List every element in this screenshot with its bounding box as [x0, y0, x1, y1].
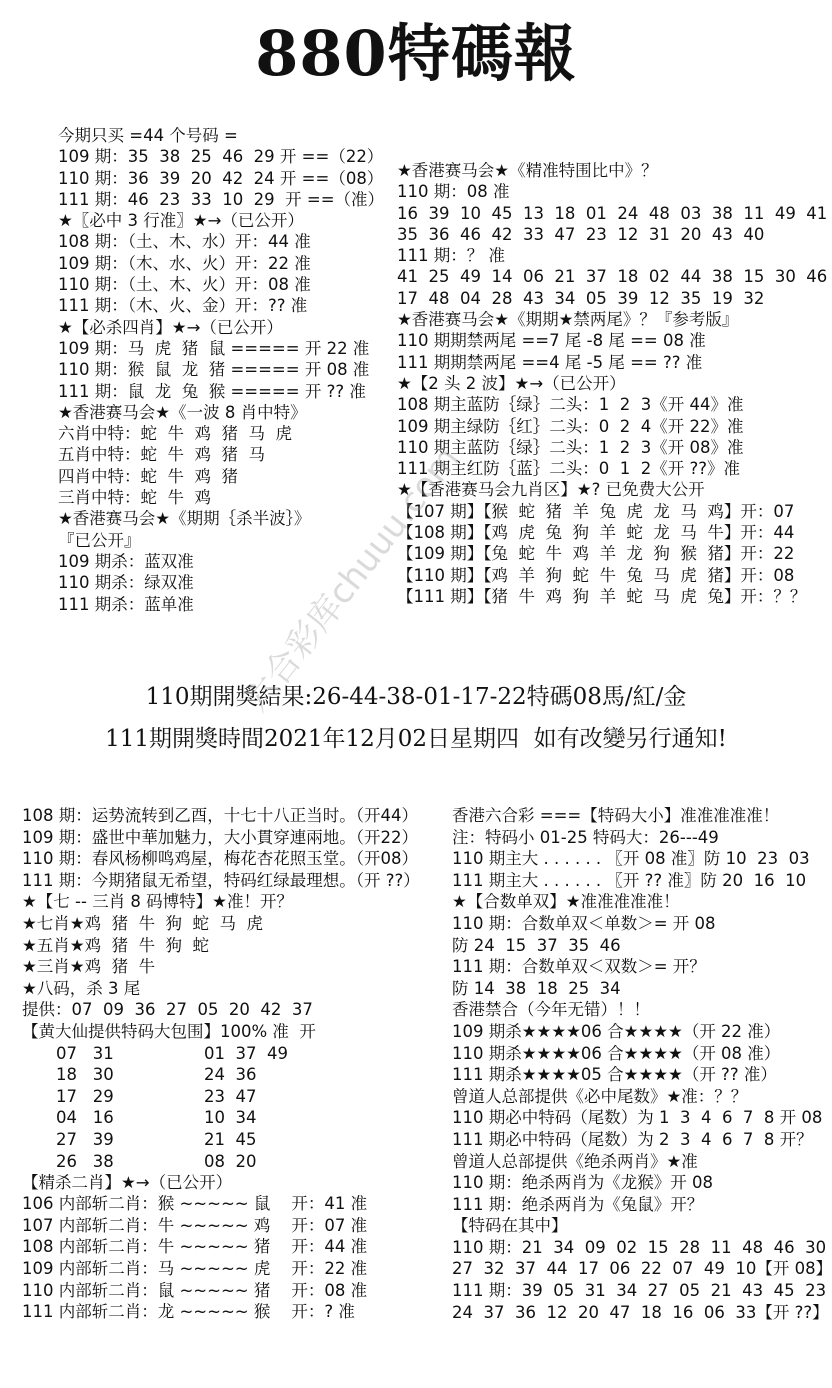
text-line: 111 期主大 . . . . . . 〖开 ?? 准〗防 20 16 10 — [452, 870, 832, 892]
text-line: ★香港赛马会★《一波 8 肖中特》 — [58, 402, 384, 423]
text-line: 【107 期】【猴 蛇 猪 羊 兔 虎 龙 马 鸡】开：07 — [397, 501, 827, 522]
grid-cell: 27 39 — [56, 1129, 114, 1151]
draw-result-announcement: 110期開獎結果:26-44-38-01-17-22特碼08馬/紅/金 — [0, 682, 832, 712]
text-line: 111 期主红防｛蓝｝二头：0 1 2《开 ??》准 — [397, 458, 827, 479]
grid-cell: 24 36 — [204, 1064, 288, 1086]
text-line: 111 期必中特码（尾数）为 2 3 4 6 7 8 开？ — [452, 1129, 832, 1151]
text-line: 108 期：运势流转到乙酉，十七十八正当时。（开44） — [22, 805, 420, 827]
text-line: ★五肖★鸡 猪 牛 狗 蛇 — [22, 935, 420, 957]
text-line: 防 14 38 18 25 34 — [452, 978, 832, 1000]
text-line: 【109 期】【兔 蛇 牛 鸡 羊 龙 狗 猴 猪】开：22 — [397, 543, 827, 564]
text-line: 【黄大仙提供特码大包围】100% 准 开 — [22, 1021, 420, 1043]
text-line: 香港禁合（今年无错）！！ — [452, 999, 832, 1021]
text-line: 【精杀二肖】★→（已公开） — [22, 1172, 420, 1194]
grid-cell: 04 16 — [56, 1107, 114, 1129]
text-line: 110 期：春风杨柳鸣鸡屋，梅花杏花照玉堂。（开08） — [22, 848, 420, 870]
text-line: 110 期：绝杀两肖为《龙猴》开 08 — [452, 1172, 832, 1194]
page-title: 880特碼報 — [0, 14, 832, 94]
text-line: 110 期：（土、木、火）开：08 准 — [58, 274, 384, 295]
text-line: 香港六合彩 ===【特码大小】准准准准准！ — [452, 805, 832, 827]
text-line: 防 24 15 37 35 46 — [452, 935, 832, 957]
text-line: ★【香港赛马会九肖区】★? 已免费大公开 — [397, 479, 827, 500]
text-line: 111 期：今期猪鼠无希望，特码红绿最理想。（开 ??） — [22, 870, 420, 892]
text-line: 109 期主绿防｛红｝二头：0 2 4《开 22》准 — [397, 416, 827, 437]
text-line: 111 内部斩二肖：龙 ~~~~~ 猴 开：? 准 — [22, 1301, 420, 1323]
text-line: 110 期：21 34 09 02 15 28 11 48 46 30 — [452, 1237, 832, 1259]
text-line: 110 期主大 . . . . . . 〖开 08 准〗防 10 23 03 — [452, 848, 832, 870]
text-line: 五肖中特：蛇 牛 鸡 猪 马 — [58, 444, 384, 465]
text-line: 16 39 10 45 13 18 01 24 48 03 38 11 49 4… — [397, 203, 827, 224]
text-line: 109 期：马 虎 猪 鼠 ===== 开 22 准 — [58, 338, 384, 359]
text-line: ★【2 头 2 波】★→（已公开） — [397, 373, 827, 394]
text-line: 109 内部斩二肖：马 ~~~~~ 虎 开：22 准 — [22, 1258, 420, 1280]
text-line: 110 期必中特码（尾数）为 1 3 4 6 7 8 开 08 — [452, 1107, 832, 1129]
text-line: ★【七 -- 三肖 8 码博特】★准！开？ — [22, 891, 420, 913]
text-line: ★【必杀四肖】★→（已公开） — [58, 317, 384, 338]
text-line: 106 内部斩二肖：猴 ~~~~~ 鼠 开：41 准 — [22, 1193, 420, 1215]
grid-cell: 21 45 — [204, 1129, 288, 1151]
text-line: 110 期主蓝防｛绿｝二头：1 2 3《开 08》准 — [397, 437, 827, 458]
text-line: 17 48 04 28 43 34 05 39 12 35 19 32 — [397, 288, 827, 309]
text-line: 110 期：合数单双＜单数＞= 开 08 — [452, 913, 832, 935]
text-line: 110 期杀★★★★06 合★★★★（开 08 准） — [452, 1043, 832, 1065]
text-line: 109 期杀★★★★06 合★★★★（开 22 准） — [452, 1021, 832, 1043]
grid-cell: 18 30 — [56, 1064, 114, 1086]
text-line: 109 期：（木、水、火）开：22 准 — [58, 253, 384, 274]
text-line: 111 期：39 05 31 34 27 05 21 43 45 23 — [452, 1280, 832, 1302]
text-line: 『已公开』 — [58, 530, 384, 551]
text-line: 111 期杀★★★★05 合★★★★（开 ?? 准） — [452, 1064, 832, 1086]
text-line: ★八码，杀 3 尾 — [22, 978, 420, 1000]
text-line: 六肖中特：蛇 牛 鸡 猪 马 虎 — [58, 423, 384, 444]
text-line: 【108 期】【鸡 虎 兔 狗 羊 蛇 龙 马 牛】开：44 — [397, 522, 827, 543]
grid-cell: 01 37 49 — [204, 1043, 288, 1065]
text-line: ★三肖★鸡 猪 牛 — [22, 956, 420, 978]
text-line: 107 内部斩二肖：牛 ~~~~~ 鸡 开：07 准 — [22, 1215, 420, 1237]
text-line: 108 期主蓝防｛绿｝二头：1 2 3《开 44》准 — [397, 394, 827, 415]
grid-cell: 08 20 — [204, 1151, 288, 1173]
top-right-section: ★香港赛马会★《精准特围比中》？110 期：08 准16 39 10 45 13… — [397, 160, 827, 607]
grid-cell: 07 31 — [56, 1043, 114, 1065]
text-line: 注：特码小 01-25 特码大：26---49 — [452, 827, 832, 849]
text-line: ★香港赛马会★《期期★禁两尾》？『参考版』 — [397, 309, 827, 330]
text-line: ★【合数单双】★准准准准准！ — [452, 891, 832, 913]
number-grid: 07 3118 3017 2904 1627 3926 38 01 37 492… — [22, 1043, 420, 1172]
text-line: 110 期杀：绿双准 — [58, 572, 384, 593]
text-line: 提供：07 09 36 27 05 20 42 37 — [22, 999, 420, 1021]
top-left-section: 今期只买 =44 个号码 =109 期：35 38 25 46 29 开 ==（… — [58, 125, 384, 615]
text-line: 111 期：合数单双＜双数＞= 开？ — [452, 956, 832, 978]
text-line: 110 期：36 39 20 42 24 开 ==（08） — [58, 168, 384, 189]
grid-cell: 23 47 — [204, 1086, 288, 1108]
text-line: 24 37 36 12 20 47 18 16 06 33【开 ??】 — [452, 1302, 832, 1324]
text-line: 曾道人总部提供《必中尾数》★准：？？ — [452, 1086, 832, 1108]
text-line: 四肖中特：蛇 牛 鸡 猪 — [58, 466, 384, 487]
next-draw-schedule: 111期開獎時間2021年12月02日星期四 如有改變另行通知! — [0, 724, 832, 754]
text-line: 109 期：35 38 25 46 29 开 ==（22） — [58, 146, 384, 167]
text-line: 【特码在其中】 — [452, 1215, 832, 1237]
bottom-left-section: 108 期：运势流转到乙酉，十七十八正当时。（开44）109 期：盛世中華加魅力… — [22, 805, 420, 1323]
grid-cell: 17 29 — [56, 1086, 114, 1108]
text-line: 【110 期】【鸡 羊 狗 蛇 牛 兔 马 虎 猪】开：08 — [397, 565, 827, 586]
text-line: 【111 期】【猪 牛 鸡 狗 羊 蛇 马 虎 兔】开：？？ — [397, 586, 827, 607]
text-line: 111 期杀：蓝单准 — [58, 594, 384, 615]
text-line: 108 期：（土、木、水）开：44 准 — [58, 231, 384, 252]
grid-cell: 10 34 — [204, 1107, 288, 1129]
text-line: ★七肖★鸡 猪 牛 狗 蛇 马 虎 — [22, 913, 420, 935]
text-line: 111 期：？ 准 — [397, 245, 827, 266]
text-line: 111 期：鼠 龙 兔 猴 ===== 开 ?? 准 — [58, 381, 384, 402]
text-line: 109 期杀：蓝双准 — [58, 551, 384, 572]
text-line: 108 内部斩二肖：牛 ~~~~~ 猪 开：44 准 — [22, 1236, 420, 1258]
grid-cell: 26 38 — [56, 1151, 114, 1173]
text-line: ★〖必中 3 行准〗★→（已公开） — [58, 210, 384, 231]
text-line: 27 32 37 44 17 06 22 07 49 10【开 08】 — [452, 1258, 832, 1280]
text-line: 110 期期禁两尾 ==7 尾 -8 尾 == 08 准 — [397, 330, 827, 351]
text-line: 111 期期禁两尾 ==4 尾 -5 尾 == ?? 准 — [397, 352, 827, 373]
text-line: 41 25 49 14 06 21 37 18 02 44 38 15 30 4… — [397, 266, 827, 287]
text-line: 110 期：猴 鼠 龙 猪 ===== 开 08 准 — [58, 359, 384, 380]
text-line: 三肖中特：蛇 牛 鸡 — [58, 487, 384, 508]
text-line: ★香港赛马会★《期期｛杀半波｝》 — [58, 508, 384, 529]
text-line: ★香港赛马会★《精准特围比中》？ — [397, 160, 827, 181]
text-line: 110 内部斩二肖：鼠 ~~~~~ 猪 开：08 准 — [22, 1280, 420, 1302]
text-line: 111 期：（木、火、金）开：?? 准 — [58, 295, 384, 316]
text-line: 曾道人总部提供《绝杀两肖》★准 — [452, 1151, 832, 1173]
bottom-right-section: 香港六合彩 ===【特码大小】准准准准准！注：特码小 01-25 特码大：26-… — [452, 805, 832, 1323]
text-line: 35 36 46 42 33 47 23 12 31 20 43 40 — [397, 224, 827, 245]
text-line: 111 期：绝杀两肖为《兔鼠》开？ — [452, 1194, 832, 1216]
text-line: 110 期：08 准 — [397, 181, 827, 202]
text-line: 111 期：46 23 33 10 29 开 ==（准） — [58, 189, 384, 210]
text-line: 今期只买 =44 个号码 = — [58, 125, 384, 146]
text-line: 109 期：盛世中華加魅力，大小貫穿連兩地。（开22） — [22, 827, 420, 849]
